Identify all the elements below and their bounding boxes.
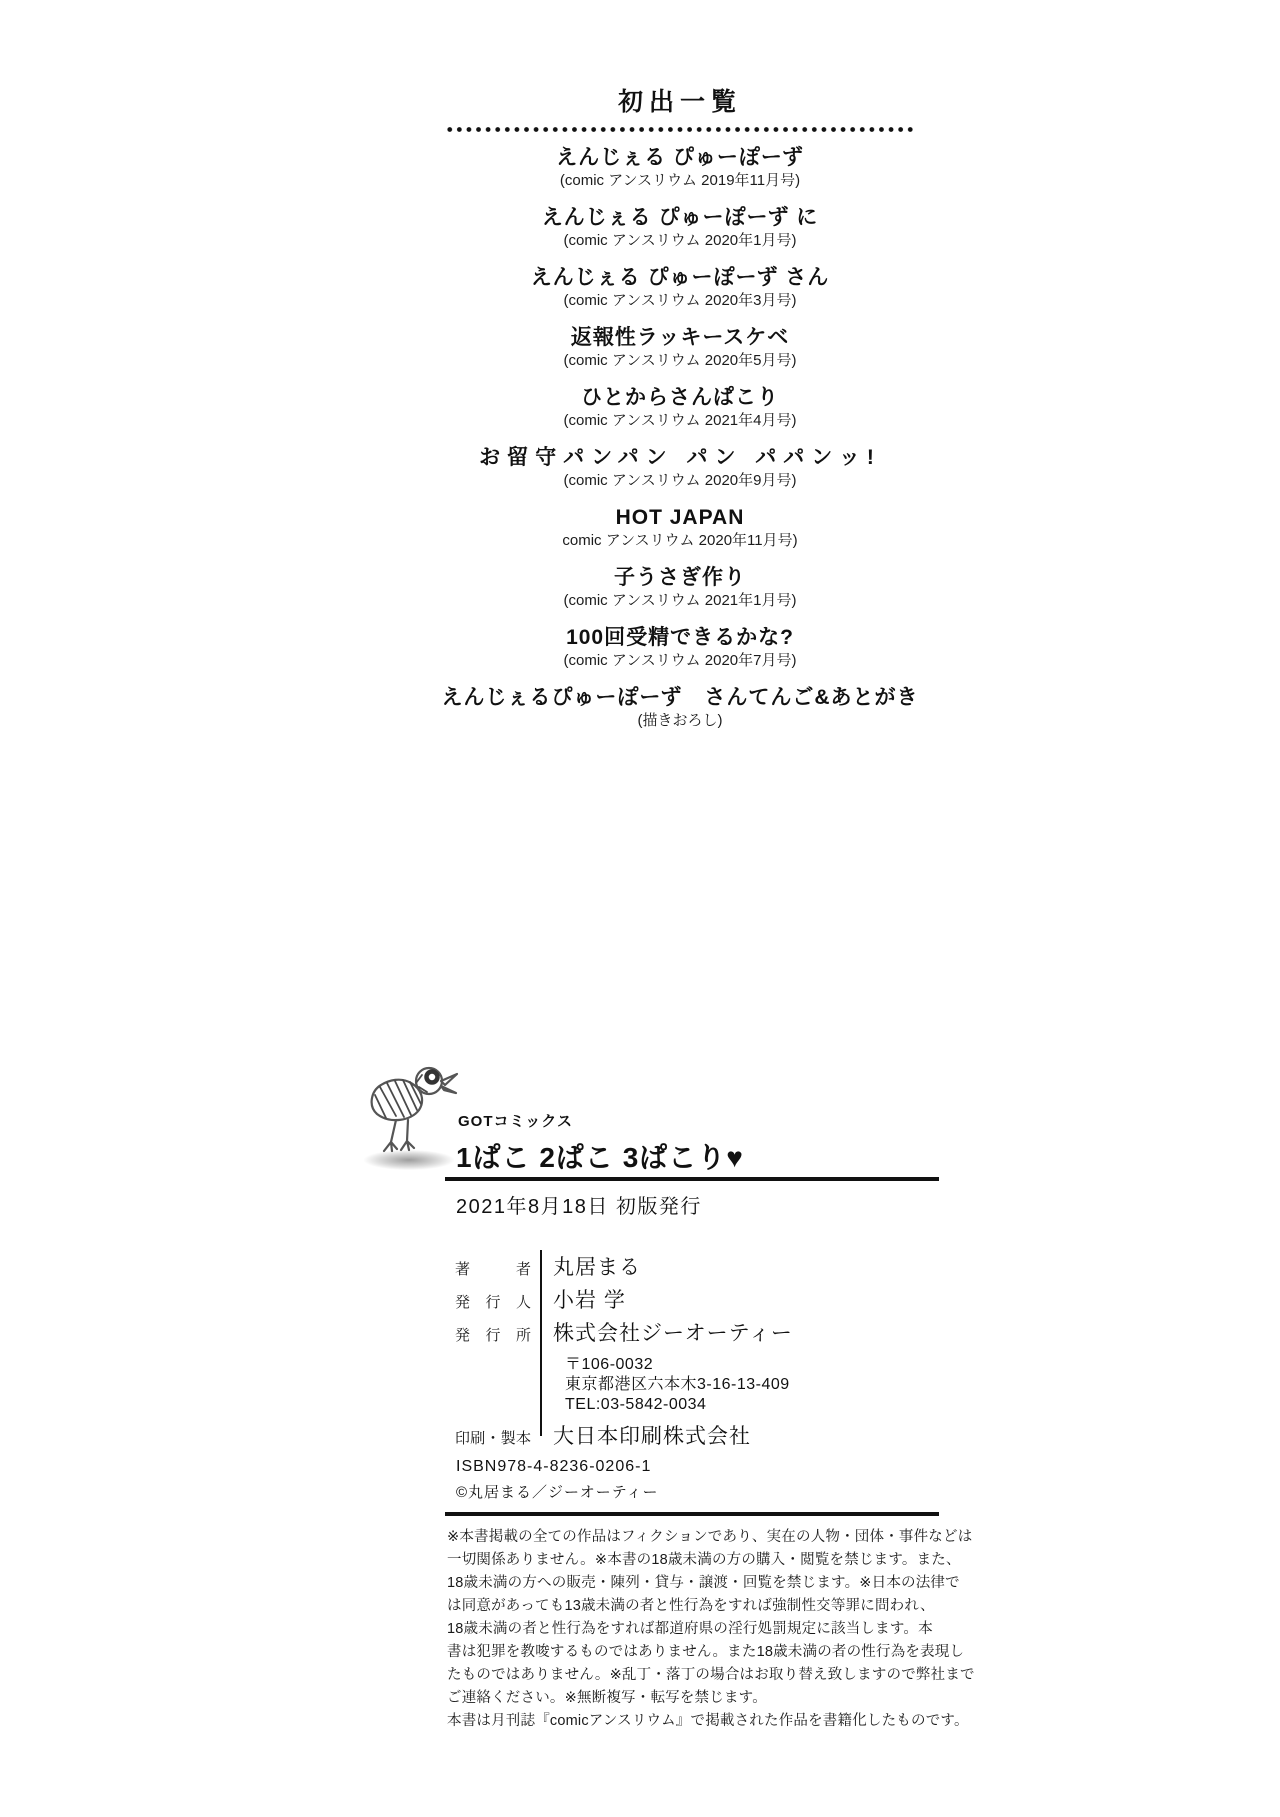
work-title: えんじぇる ぴゅーぽーず さん — [380, 264, 980, 291]
book-title: 1ぱこ 2ぱこ 3ぱこり♥ — [456, 1136, 744, 1176]
credit-label: 印刷・製本 — [455, 1423, 531, 1454]
publication-entry: HOT JAPAN comic アンスリウム 2020年11月号) — [380, 504, 980, 550]
isbn-number: ISBN978-4-8236-0206-1 — [456, 1458, 651, 1476]
work-title: えんじぇる ぴゅーぽーず に — [380, 204, 980, 231]
disclaimer-line: は同意があっても13歳未満の者と性行為をすれば強制性交等罪に問われ、 — [447, 1595, 937, 1618]
work-title: えんじぇるぴゅーぽーず さんてんご&あとがき — [380, 684, 980, 711]
divider-rule-top — [445, 1177, 939, 1181]
legal-disclaimer: ※本書掲載の全ての作品はフィクションであり、実在の人物・団体・事件などは 一切関… — [447, 1526, 937, 1733]
work-source-magazine: (comic アンスリウム 2020年5月号) — [380, 351, 980, 370]
credits-block: 著者 丸居まる 発行人 小岩 学 発行所 株式会社ジーオーティー 〒106-00… — [455, 1252, 935, 1454]
disclaimer-line: 書は犯罪を教唆するものではありません。また18歳未満の者の性行為を表現し — [447, 1641, 937, 1664]
work-source-magazine: (comic アンスリウム 2020年9月号) — [380, 471, 980, 490]
colophon-page: 初出一覧 えんじぇる ぴゅーぽーず (comic アンスリウム 2019年11月… — [0, 0, 1280, 1817]
work-source-magazine: comic アンスリウム 2020年11月号) — [380, 531, 980, 550]
first-publication-section: 初出一覧 えんじぇる ぴゅーぽーず (comic アンスリウム 2019年11月… — [380, 0, 980, 118]
author-name: 丸居まる — [553, 1252, 641, 1283]
work-title: 100回受精できるかな? — [380, 624, 980, 651]
logo-shadow — [364, 1150, 454, 1170]
work-source-magazine: (comic アンスリウム 2020年7月号) — [380, 651, 980, 670]
scribble-bird-logo-icon — [366, 1060, 460, 1156]
printing-company-name: 大日本印刷株式会社 — [553, 1421, 751, 1452]
dotted-divider — [445, 126, 915, 133]
disclaimer-line: たものではありません。※乱丁・落丁の場合はお取り替え致しますので弊社まで — [447, 1664, 937, 1687]
divider-rule-bottom — [445, 1512, 939, 1516]
credit-row-publisher-person: 発行人 小岩 学 — [455, 1285, 935, 1318]
work-title: 返報性ラッキースケベ — [380, 324, 980, 351]
publication-entry: えんじぇる ぴゅーぽーず さん (comic アンスリウム 2020年3月号) — [380, 264, 980, 310]
credit-label: 著者 — [455, 1254, 531, 1285]
credit-row-author: 著者 丸居まる — [455, 1252, 935, 1285]
work-source-magazine: (comic アンスリウム 2020年3月号) — [380, 291, 980, 310]
publication-entries: えんじぇる ぴゅーぽーず (comic アンスリウム 2019年11月号) えん… — [380, 144, 980, 744]
publication-entry: お留守パンパン パン パパンッ! (comic アンスリウム 2020年9月号) — [380, 444, 980, 490]
credit-label: 発行所 — [455, 1320, 531, 1351]
work-source-magazine: (comic アンスリウム 2021年4月号) — [380, 411, 980, 430]
work-source-magazine: (comic アンスリウム 2021年1月号) — [380, 591, 980, 610]
publisher-phone: TEL:03-5842-0034 — [565, 1395, 935, 1415]
publisher-address: 東京都港区六本木3-16-13-409 — [565, 1375, 935, 1395]
copyright-line: ©丸居まる／ジーオーティー — [456, 1481, 659, 1502]
publication-entry: えんじぇるぴゅーぽーず さんてんご&あとがき (描きおろし) — [380, 684, 980, 730]
publication-entry: えんじぇる ぴゅーぽーず に (comic アンスリウム 2020年1月号) — [380, 204, 980, 250]
publisher-name: 株式会社ジーオーティー — [553, 1318, 793, 1349]
disclaimer-line: ※本書掲載の全ての作品はフィクションであり、実在の人物・団体・事件などは — [447, 1526, 937, 1549]
credit-label: 発行人 — [455, 1287, 531, 1318]
credit-row-publisher: 発行所 株式会社ジーオーティー — [455, 1318, 935, 1351]
disclaimer-line: ご連絡ください。※無断複写・転写を禁じます。 — [447, 1687, 937, 1710]
disclaimer-line: 一切関係ありません。※本書の18歳未満の方の購入・閲覧を禁じます。また、 — [447, 1549, 937, 1572]
disclaimer-line: 18歳未満の者と性行為をすれば都道府県の淫行処罰規定に該当します。本 — [447, 1618, 937, 1641]
credit-row-printing: 印刷・製本 大日本印刷株式会社 — [455, 1421, 935, 1454]
work-title: えんじぇる ぴゅーぽーず — [380, 144, 980, 171]
work-source-magazine: (comic アンスリウム 2020年1月号) — [380, 231, 980, 250]
publication-entry: えんじぇる ぴゅーぽーず (comic アンスリウム 2019年11月号) — [380, 144, 980, 190]
edition-date: 2021年8月18日 初版発行 — [456, 1190, 702, 1219]
publication-entry: 子うさぎ作り (comic アンスリウム 2021年1月号) — [380, 564, 980, 610]
work-title: お留守パンパン パン パパンッ! — [380, 444, 980, 471]
publication-entry: 返報性ラッキースケベ (comic アンスリウム 2020年5月号) — [380, 324, 980, 370]
disclaimer-line: 18歳未満の方への販売・陳列・貸与・譲渡・回覧を禁じます。※日本の法律で — [447, 1572, 937, 1595]
work-title: HOT JAPAN — [380, 504, 980, 531]
publisher-person-name: 小岩 学 — [553, 1285, 626, 1316]
disclaimer-line: 本書は月刊誌『comicアンスリウム』で掲載された作品を書籍化したものです。 — [447, 1710, 937, 1733]
first-publication-heading: 初出一覧 — [380, 0, 980, 118]
publication-entry: 100回受精できるかな? (comic アンスリウム 2020年7月号) — [380, 624, 980, 670]
work-source-magazine: (描きおろし) — [380, 711, 980, 730]
publication-entry: ひとからさんぱこり (comic アンスリウム 2021年4月号) — [380, 384, 980, 430]
publisher-postal-code: 〒106-0032 — [565, 1355, 935, 1375]
work-source-magazine: (comic アンスリウム 2019年11月号) — [380, 171, 980, 190]
work-title: 子うさぎ作り — [380, 564, 980, 591]
work-title: ひとからさんぱこり — [380, 384, 980, 411]
imprint-label: GOTコミックス — [458, 1110, 573, 1131]
